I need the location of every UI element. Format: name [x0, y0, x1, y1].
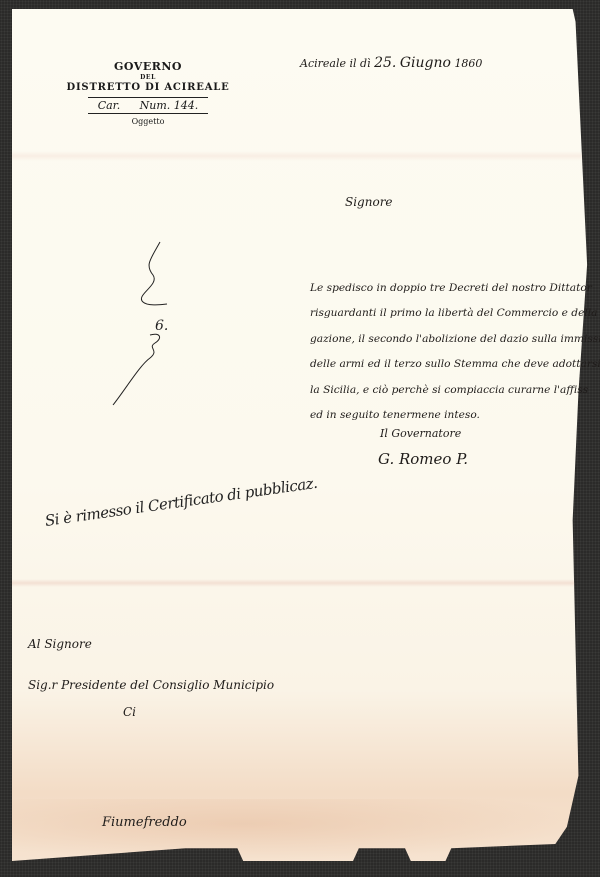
letterhead-oggetto: Oggetto	[58, 117, 238, 126]
num-field: Num. 144.	[140, 99, 199, 112]
date-month: Giugno	[400, 55, 451, 71]
address-line-1: Al Signore	[28, 637, 92, 651]
signature-title: Il Governatore	[380, 427, 461, 440]
date-day: 25.	[374, 55, 396, 71]
letter-sheet	[12, 9, 590, 861]
address-line-2: Sig.r Presidente del Consiglio Municipio	[28, 678, 274, 692]
letterhead-governo: GOVERNO	[58, 60, 238, 73]
date-year: 1860	[454, 57, 482, 70]
date-place: Acireale il dì	[300, 57, 371, 70]
num-label: Num.	[140, 99, 171, 112]
margin-bracket-mark: 6.	[105, 240, 195, 410]
signature-name: G. Romeo P.	[378, 450, 468, 468]
body-line: gazione, il secondo l'abolizione del daz…	[310, 327, 600, 352]
body-line: la Sicilia, e ciò perchè si compiaccia c…	[310, 378, 600, 403]
address-line-3: Ci	[123, 705, 136, 719]
num-value: 144.	[174, 99, 199, 112]
paper-fold-upper	[12, 151, 590, 161]
car-label: Car.	[98, 99, 121, 112]
body-line: risguardanti il primo la libertà del Com…	[310, 301, 600, 326]
letterhead-reference-box: Car. Num. 144.	[88, 97, 208, 114]
letterhead-distretto: DISTRETTO DI ACIREALE	[58, 82, 238, 93]
paper-fold-middle	[12, 579, 590, 587]
body-line: Le spedisco in doppio tre Decreti del no…	[310, 276, 600, 301]
letterhead: GOVERNO DEL DISTRETTO DI ACIREALE Car. N…	[58, 60, 238, 126]
address-line-4: Fiumefreddo	[102, 815, 187, 830]
dateline: Acireale il dì 25. Giugno 1860	[300, 55, 482, 71]
body-line: delle armi ed il terzo sullo Stemma che …	[310, 352, 600, 377]
body-line: ed in seguito tenermene inteso.	[310, 403, 600, 428]
margin-note: 6.	[155, 318, 168, 334]
salutation: Signore	[345, 195, 393, 209]
water-stain	[12, 799, 590, 861]
letterhead-del: DEL	[58, 74, 238, 81]
letter-body: Le spedisco in doppio tre Decreti del no…	[310, 276, 600, 428]
